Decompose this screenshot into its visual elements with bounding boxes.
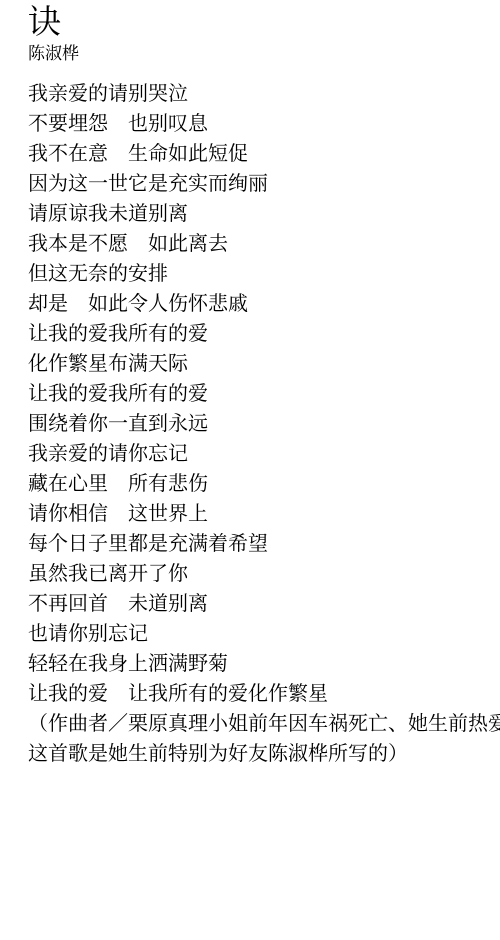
- note-line: （作曲者／栗原真理小姐前年因车祸死亡、她生前热爱: [28, 709, 500, 739]
- lyric-line: 我亲爱的请你忘记: [28, 439, 500, 469]
- lyric-line: 让我的爱我所有的爱: [28, 379, 500, 409]
- composer-note-block: （作曲者／栗原真理小姐前年因车祸死亡、她生前热爱这首歌是她生前特别为好友陈淑桦所…: [28, 709, 500, 769]
- lyric-line: 请原谅我未道别离: [28, 199, 500, 229]
- lyric-line: 不再回首 未道别离: [28, 589, 500, 619]
- lyric-line: 化作繁星布满天际: [28, 349, 500, 379]
- lyric-line: 因为这一世它是充实而绚丽: [28, 169, 500, 199]
- artist-name: 陈淑桦: [28, 42, 500, 66]
- lyric-line: 围绕着你一直到永远: [28, 409, 500, 439]
- lyrics-page: 诀 陈淑桦 我亲爱的请别哭泣不要埋怨 也别叹息我不在意 生命如此短促因为这一世它…: [0, 2, 500, 769]
- lyric-line: 藏在心里 所有悲伤: [28, 469, 500, 499]
- song-title: 诀: [28, 2, 500, 42]
- lyric-line: 我亲爱的请别哭泣: [28, 79, 500, 109]
- lyrics-block: 我亲爱的请别哭泣不要埋怨 也别叹息我不在意 生命如此短促因为这一世它是充实而绚丽…: [28, 79, 500, 709]
- lyric-line: 但这无奈的安排: [28, 259, 500, 289]
- lyric-line: 也请你别忘记: [28, 619, 500, 649]
- lyric-line: 虽然我已离开了你: [28, 559, 500, 589]
- lyric-line: 不要埋怨 也别叹息: [28, 109, 500, 139]
- lyric-line: 我本是不愿 如此离去: [28, 229, 500, 259]
- note-line: 这首歌是她生前特别为好友陈淑桦所写的）: [28, 739, 500, 769]
- lyric-line: 轻轻在我身上洒满野菊: [28, 649, 500, 679]
- lyric-line: 每个日子里都是充满着希望: [28, 529, 500, 559]
- lyric-line: 却是 如此令人伤怀悲戚: [28, 289, 500, 319]
- lyric-line: 让我的爱 让我所有的爱化作繁星: [28, 679, 500, 709]
- lyric-line: 请你相信 这世界上: [28, 499, 500, 529]
- lyric-line: 让我的爱我所有的爱: [28, 319, 500, 349]
- lyric-line: 我不在意 生命如此短促: [28, 139, 500, 169]
